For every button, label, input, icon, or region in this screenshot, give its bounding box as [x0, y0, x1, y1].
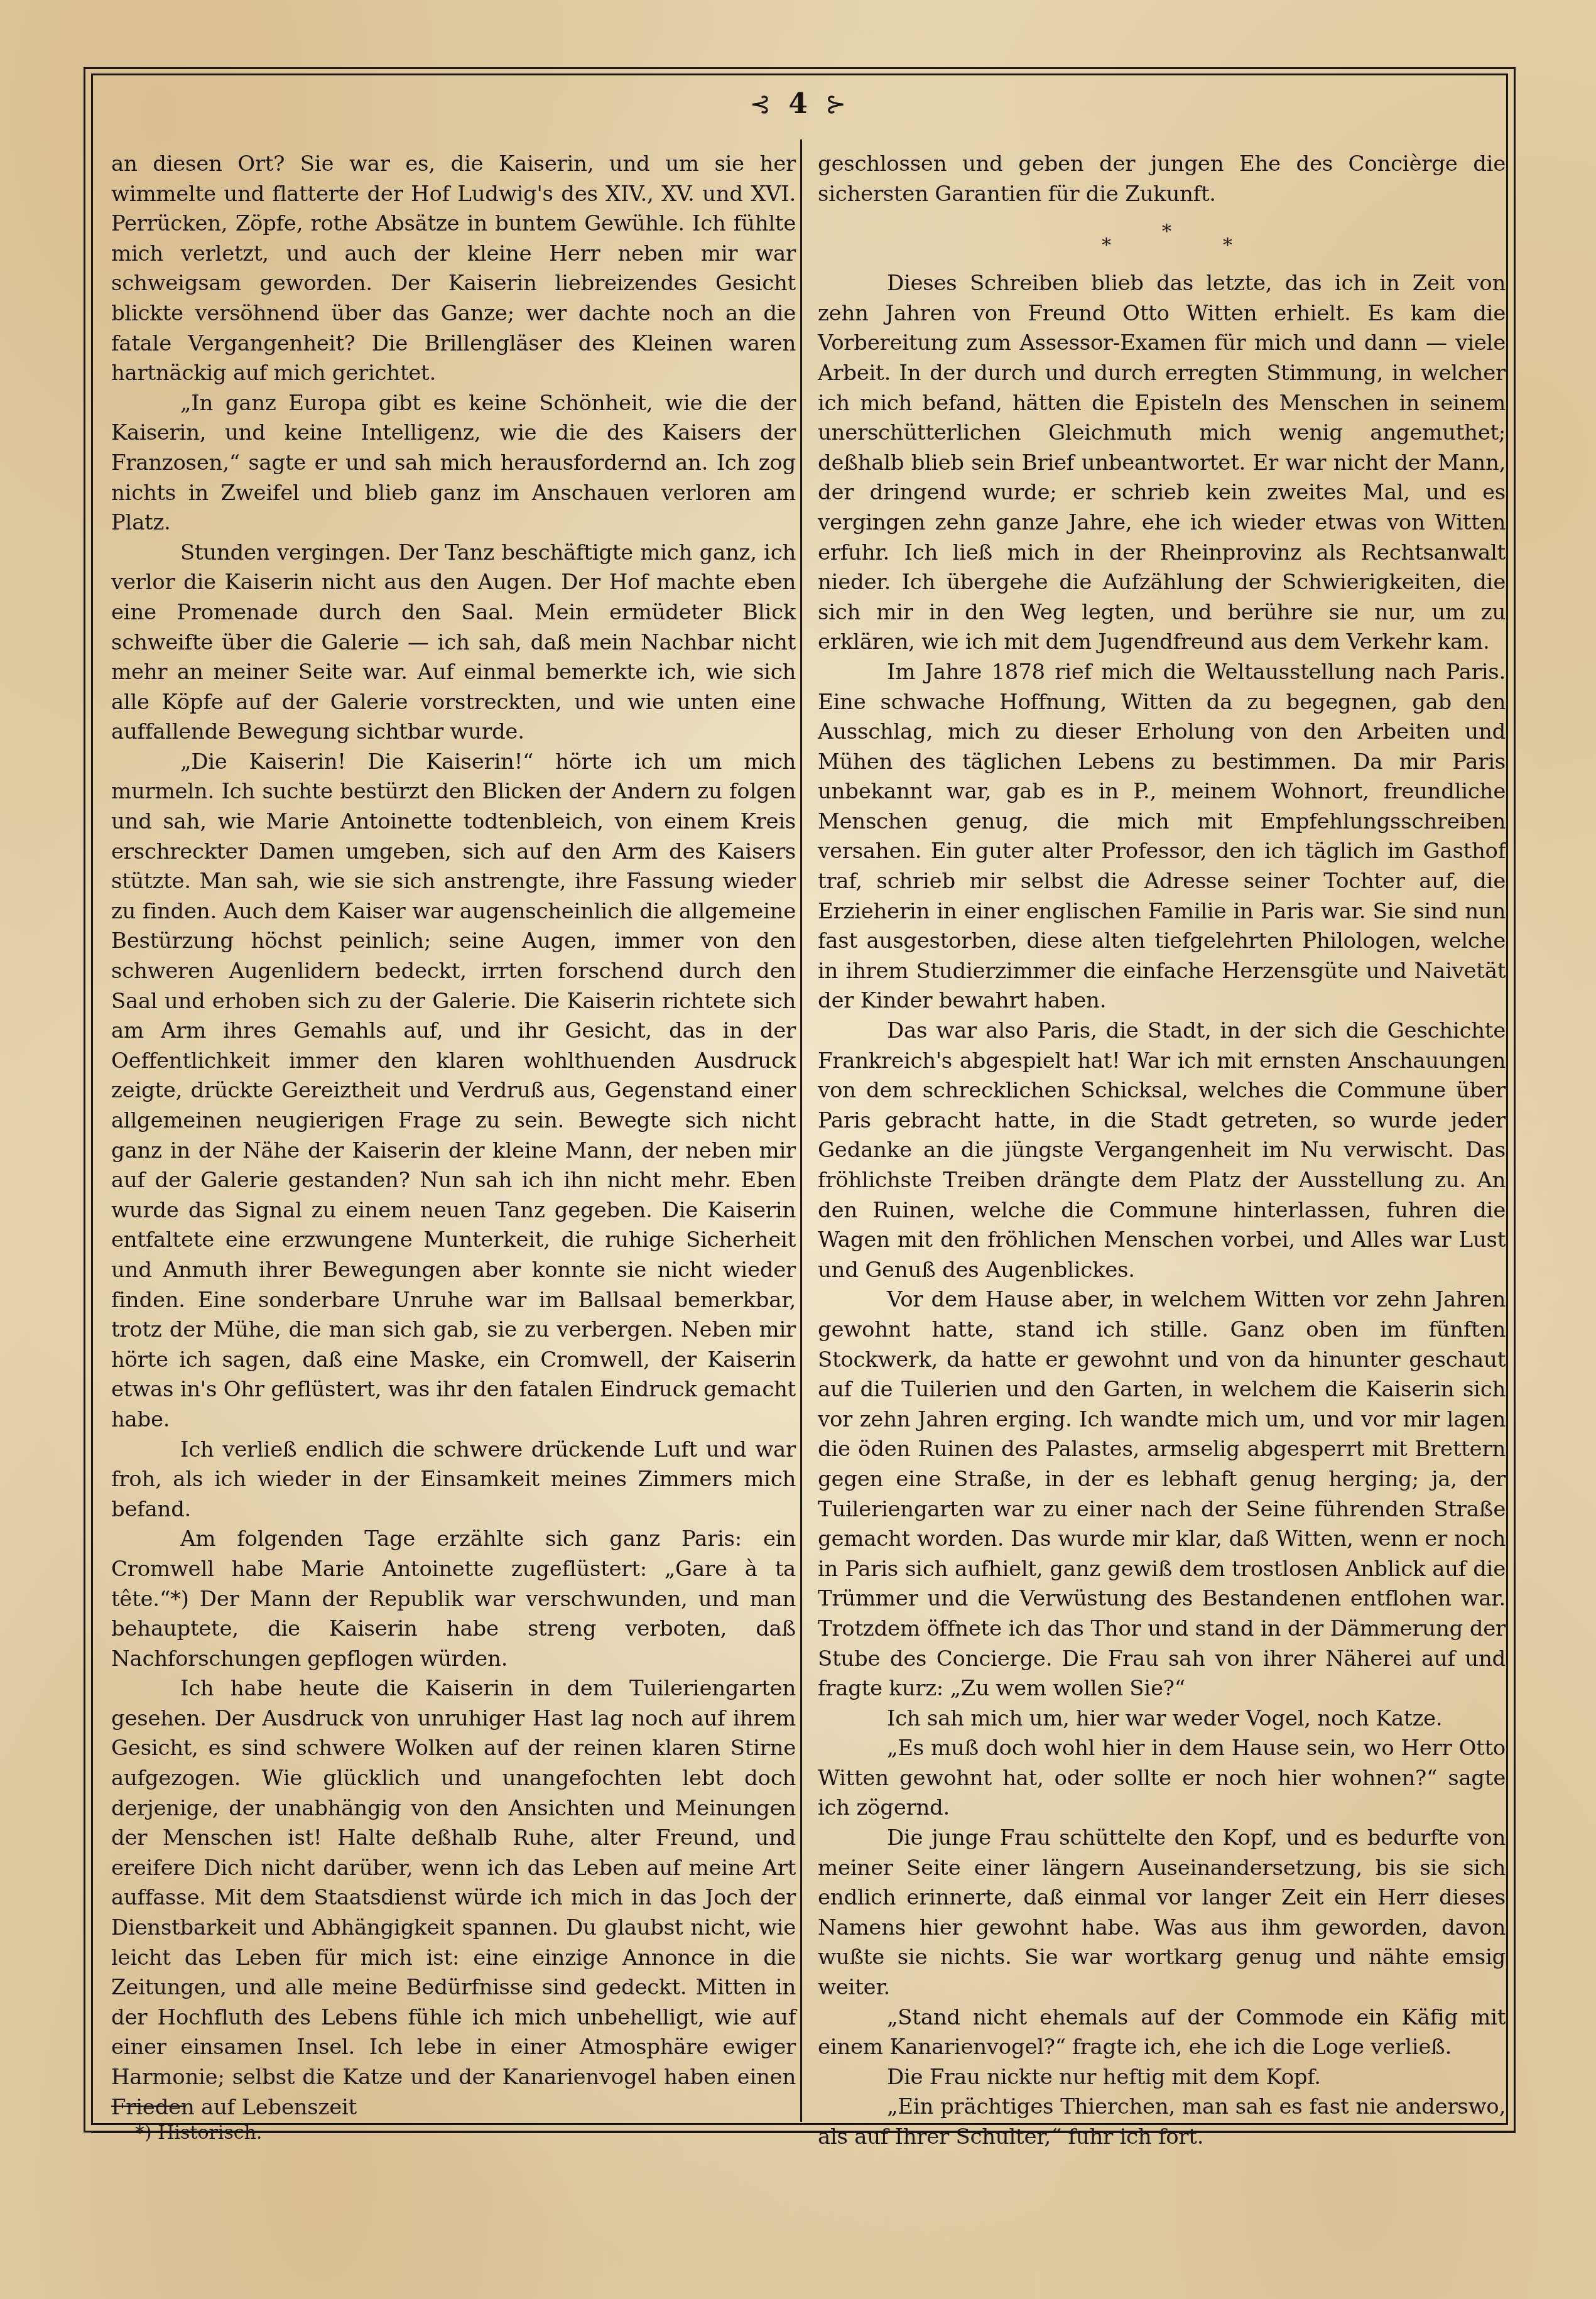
paragraph: „Ein prächtiges Thierchen, man sah es fa… [818, 2092, 1506, 2152]
paragraph: geschlossen und geben der jungen Ehe des… [818, 149, 1506, 209]
right-column: geschlossen und geben der jungen Ehe des… [818, 149, 1506, 2153]
paragraph: Die Frau nickte nur heftig mit dem Kopf. [818, 2063, 1506, 2093]
paragraph: Die junge Frau schüttelte den Kopf, und … [818, 1823, 1506, 2003]
fleuron-left-icon: ⊰ [750, 92, 771, 117]
asterisk-icon: * [1223, 231, 1232, 261]
section-break: * * * [818, 209, 1506, 269]
page-header: ⊰ 4 ⊱ [0, 88, 1596, 120]
paragraph: Am folgenden Tage erzählte sich ganz Par… [111, 1525, 796, 1674]
paragraph: Das war also Paris, die Stadt, in der si… [818, 1016, 1506, 1285]
paragraph: Stunden vergingen. Der Tanz beschäftigte… [111, 538, 796, 747]
footnote: *) Historisch. [135, 2122, 263, 2144]
paragraph: „Stand nicht ehemals auf der Commode ein… [818, 2003, 1506, 2063]
paragraph: „Es muß doch wohl hier in dem Hause sein… [818, 1734, 1506, 1823]
paragraph: Ich verließ endlich die schwere drückend… [111, 1435, 796, 1525]
asterisk-icon: * [1102, 231, 1111, 261]
asterisk-icon: * [1162, 217, 1171, 247]
paragraph: Vor dem Hause aber, in welchem Witten vo… [818, 1285, 1506, 1704]
fleuron-right-icon: ⊱ [825, 92, 847, 117]
left-column: an diesen Ort? Sie war es, die Kaiserin,… [111, 149, 796, 2122]
paragraph: Im Jahre 1878 rief mich die Weltausstell… [818, 658, 1506, 1016]
paragraph: Ich habe heute die Kaiserin in dem Tuile… [111, 1674, 796, 2122]
column-divider [800, 139, 802, 2122]
paragraph: „In ganz Europa gibt es keine Schönheit,… [111, 389, 796, 538]
page-number: 4 [788, 88, 808, 120]
paragraph: Dieses Schreiben blieb das letzte, das i… [818, 269, 1506, 658]
paragraph: „Die Kaiserin! Die Kaiserin!“ hörte ich … [111, 747, 796, 1435]
paragraph: Ich sah mich um, hier war weder Vogel, n… [818, 1704, 1506, 1734]
paragraph: an diesen Ort? Sie war es, die Kaiserin,… [111, 149, 796, 389]
footnote-rule [111, 2106, 185, 2107]
